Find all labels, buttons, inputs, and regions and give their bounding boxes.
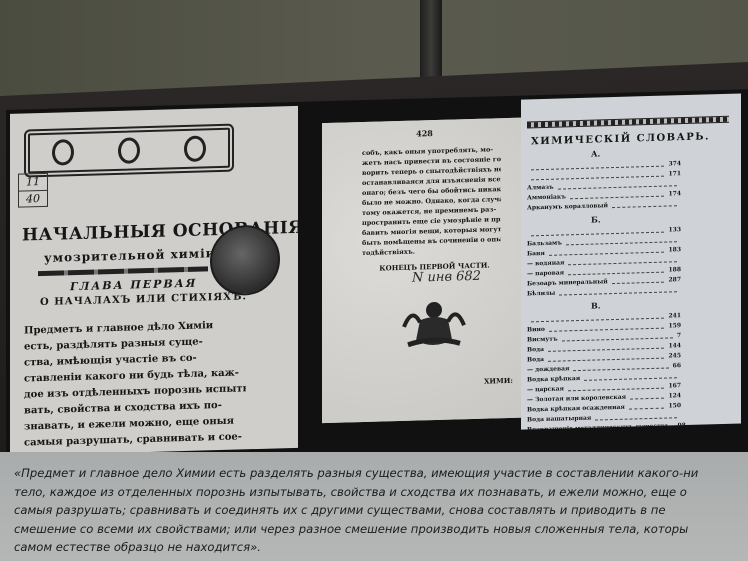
page-body: собъ, какъ оныя употреблять, мо- жетъ на… (362, 144, 501, 258)
chemical-dictionary-page: ХИМИЧЕСКІЙ СЛОВАРЬ. А. 374 171 Алмазъ Ам… (521, 93, 741, 429)
handwritten-inventory: N инв 682 (412, 269, 481, 286)
catchword: ХИМИ: (484, 376, 513, 386)
library-stamp-icon (210, 224, 280, 296)
book-subtitle: умозрительной химіи. (44, 246, 221, 265)
caption-line: смешение со всеми их свойствами; или чер… (14, 520, 748, 539)
inventory-mark: 11 40 (18, 173, 48, 208)
decorative-rule (38, 266, 208, 276)
section-letter: В. (521, 296, 741, 312)
title-page-body: Предметъ и главное дѣло Химіи есть, разд… (24, 317, 246, 456)
page-number: 428 (322, 125, 527, 141)
ornament-header-icon (527, 116, 729, 129)
book-page-428: 428 собъ, какъ оныя употреблять, мо- жет… (322, 117, 527, 423)
caption-line: самыя разрушать; сравнивать и соединять … (14, 501, 748, 520)
section-letter: А. (521, 144, 741, 160)
chapter-title: О НАЧАЛАХЪ ИЛИ СТИХІЯХЪ. (40, 291, 247, 308)
ornament-header-icon (24, 124, 234, 178)
cherub-vignette-icon (398, 295, 470, 353)
caption-line: «Предмет и главное дело Химии есть разде… (14, 464, 748, 483)
book-title-page: 11 40 НАЧАЛЬНЫЯ ОСНОВАНІЯ умозрительной … (10, 106, 298, 456)
caption-line: самом естестве образцо не находится». (14, 538, 748, 557)
caption-panel: «Предмет и главное дело Химии есть разде… (0, 452, 748, 561)
caption-line: тело, каждое из отделенных порознь изпыт… (14, 483, 748, 502)
chapter-heading: ГЛАВА ПЕРВАЯ (70, 277, 197, 294)
section-letter: Б. (521, 210, 741, 226)
